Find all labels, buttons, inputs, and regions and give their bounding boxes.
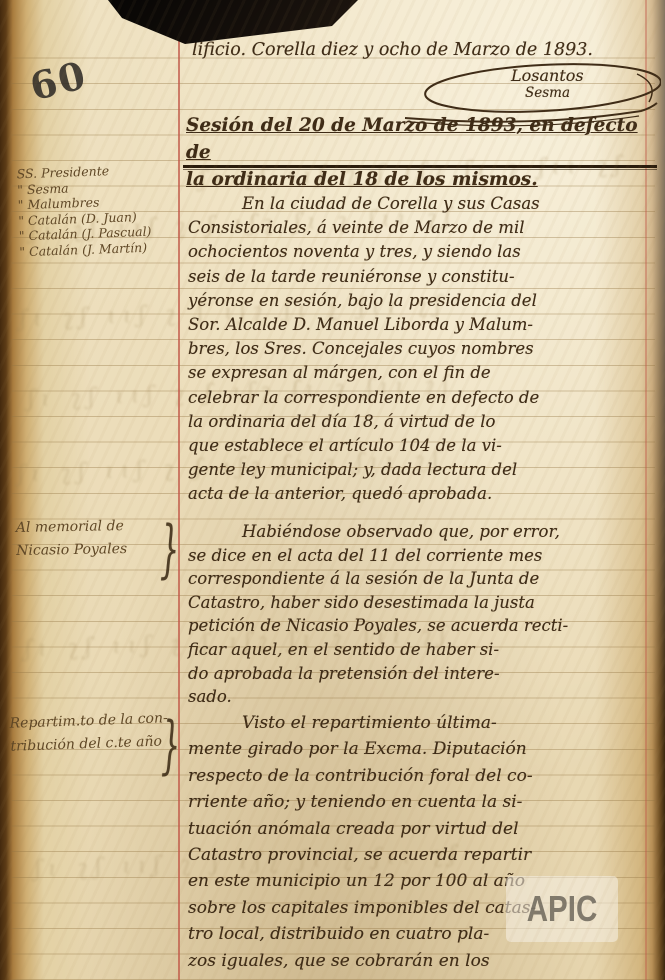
- manuscript-line: ficar aquel, en el sentido de haber si-: [188, 638, 656, 662]
- manuscript-line: zos iguales, que se cobrarán en los: [188, 948, 656, 974]
- margin-brace: }: [160, 514, 179, 588]
- margin-brace: }: [161, 710, 180, 784]
- margin-note-line: Al memorial de: [16, 515, 127, 540]
- session-heading-line1: Sesión del 20 de Marzo de 1893, en defec…: [186, 115, 638, 163]
- manuscript-line: tuación anómala creada por virtud del: [188, 816, 656, 842]
- session-heading: Sesión del 20 de Marzo de 1893, en defec…: [186, 112, 658, 193]
- manuscript-line: Sor. Alcalde D. Manuel Liborda y Malum-: [188, 313, 656, 337]
- manuscript-line: celebrar la correspondiente en defecto d…: [188, 386, 656, 410]
- manuscript-line: Visto el repartimiento última-: [188, 710, 656, 736]
- body-paragraph-2: Habiéndose observado que, por error, se …: [188, 520, 656, 709]
- signature-secondary: Sesma: [525, 85, 570, 101]
- manuscript-line: correspondiente á la sesión de la Junta …: [188, 567, 656, 591]
- heading-underline-thick: [183, 165, 657, 168]
- manuscript-line: acta de la anterior, quedó aprobada.: [188, 482, 656, 506]
- manuscript-line: sado.: [188, 685, 656, 709]
- margin-attendees: SS. Presidente " Sesma " Malumbres " Cat…: [16, 162, 152, 260]
- red-margin-line: [178, 0, 180, 980]
- margin-note-repartimiento: Repartim.to de la con- tribución del c.t…: [9, 707, 169, 758]
- session-heading-line2: la ordinaria del 18 de los mismos.: [186, 169, 538, 190]
- watermark-badge: APIC: [506, 876, 618, 942]
- manuscript-line: la ordinaria del día 18, á virtud de lo: [188, 410, 656, 434]
- manuscript-line: En la ciudad de Corella y sus Casas: [188, 192, 656, 216]
- manuscript-line: respecto de la contribución foral del co…: [188, 763, 656, 789]
- margin-note-line: Nicasio Poyales: [16, 538, 127, 563]
- margin-note-poyales: Al memorial de Nicasio Poyales: [16, 515, 128, 563]
- manuscript-line: se expresan al márgen, con el fin de: [188, 361, 656, 385]
- manuscript-line: Habiéndose observado que, por error,: [188, 520, 656, 544]
- manuscript-line: ochocientos noventa y tres, y siendo las: [188, 240, 656, 264]
- manuscript-line: bres, los Sres. Concejales cuyos nombres: [188, 337, 656, 361]
- manuscript-line: do aprobada la pretensión del intere-: [188, 662, 656, 686]
- watermark-text: APIC: [527, 888, 598, 930]
- carryover-line: lificio. Corella diez y ocho de Marzo de…: [192, 40, 654, 60]
- manuscript-line: petición de Nicasio Poyales, se acuerda …: [188, 614, 656, 638]
- body-paragraph-1: En la ciudad de Corella y sus Casas Cons…: [188, 192, 656, 507]
- manuscript-line: seis de la tarde reuniéronse y constitu-: [188, 265, 656, 289]
- manuscript-line: gente ley municipal; y, dada lectura del: [188, 458, 656, 482]
- manuscript-line: Catastro, haber sido desestimada la just…: [188, 591, 656, 615]
- manuscript-page: ʃɩ ʅʃ ɩɩʃ ʅ ʃ ɩʃʅ ʃɩ ʅ ʃɩɩ ʅʃ ʃɩ ʅʃ ɩɩʃ …: [0, 0, 665, 980]
- manuscript-line: rriente año; y teniendo en cuenta la si-: [188, 789, 656, 815]
- signature-name: Losantos: [511, 66, 584, 85]
- manuscript-line: se dice en el acta del 11 del corriente …: [188, 544, 656, 568]
- heading-underline-thin: [183, 169, 657, 170]
- manuscript-line: mente girado por la Excma. Diputación: [188, 736, 656, 762]
- manuscript-line: Catastro provincial, se acuerda repartir: [188, 842, 656, 868]
- manuscript-line: que establece el artículo 104 de la vi-: [188, 434, 656, 458]
- manuscript-line: Consistoriales, á veinte de Marzo de mil: [188, 216, 656, 240]
- manuscript-line: yéronse en sesión, bajo la presidencia d…: [188, 289, 656, 313]
